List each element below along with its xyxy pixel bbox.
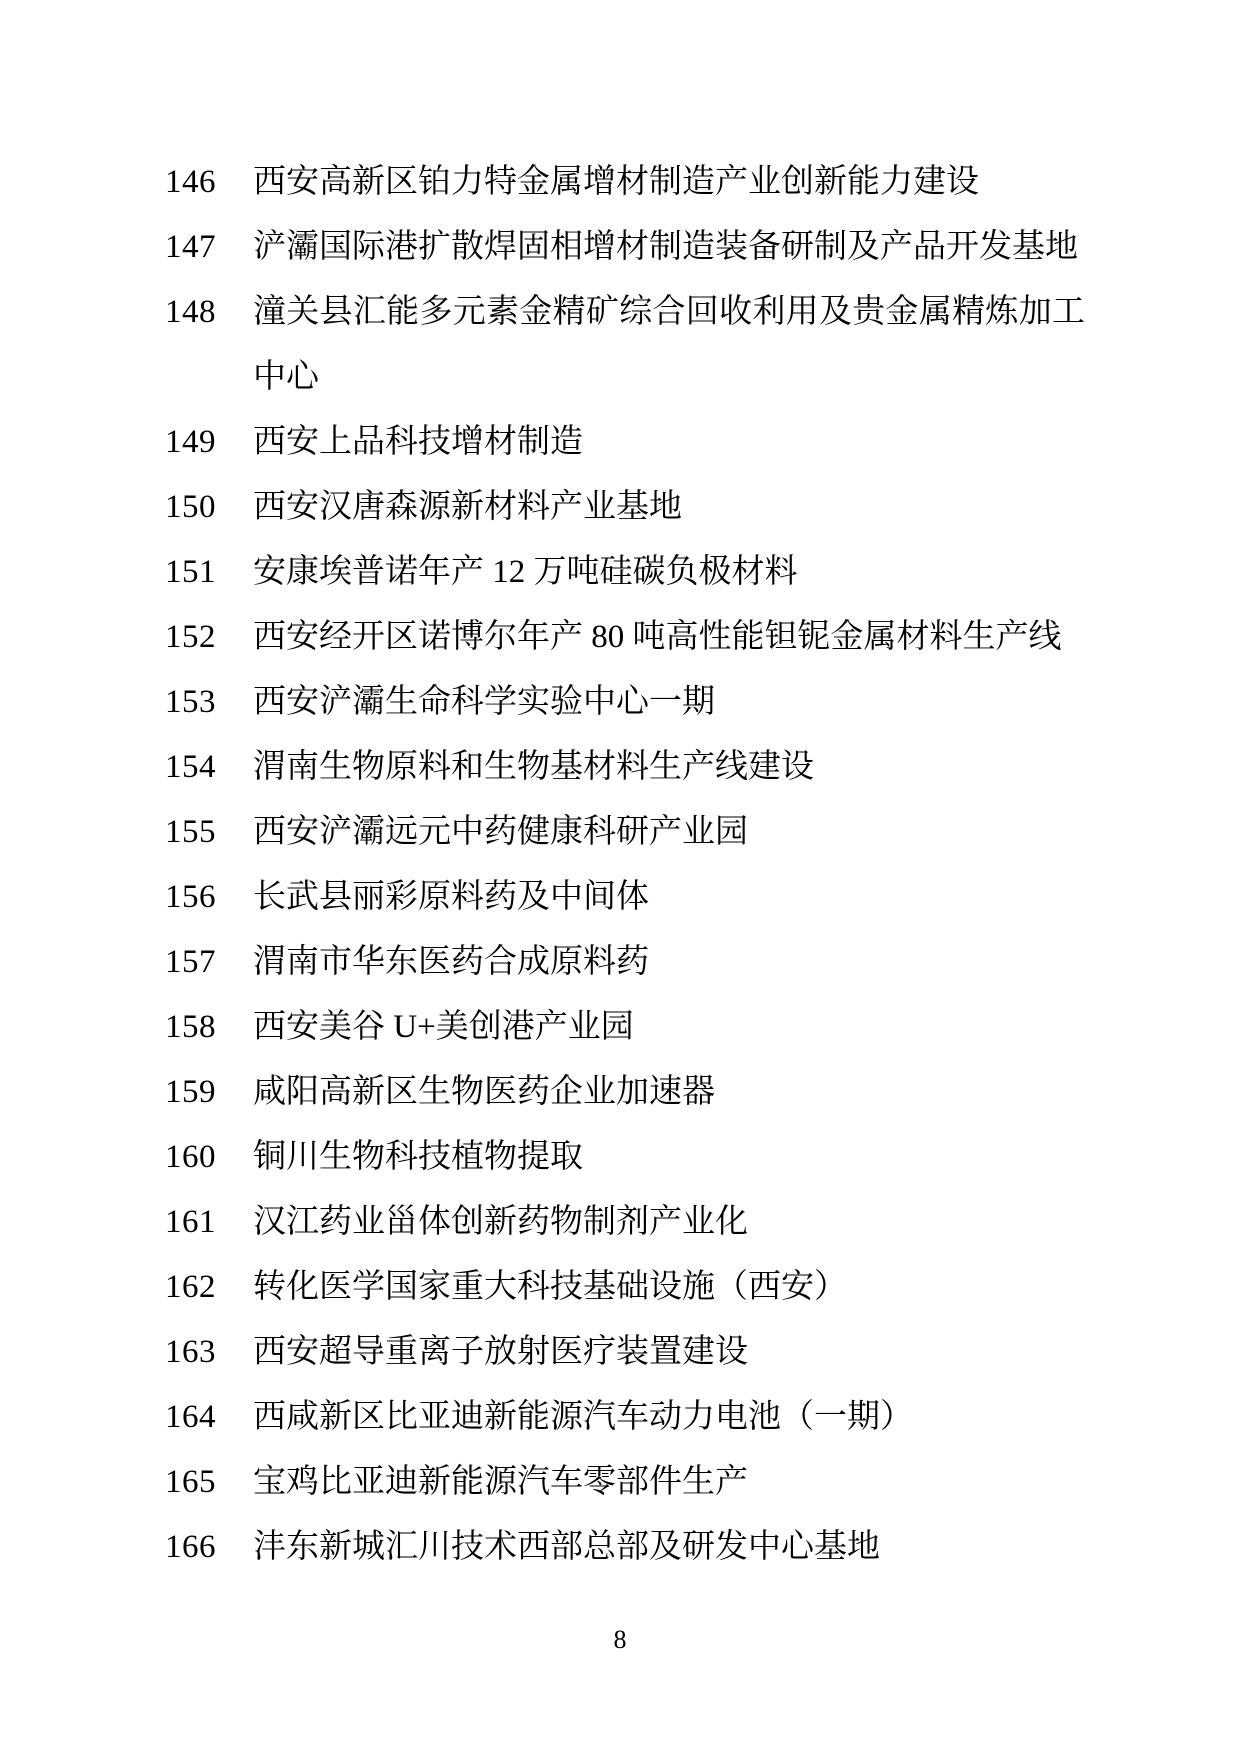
- item-number: 155: [165, 800, 253, 865]
- item-number: 148: [165, 280, 253, 345]
- list-item: 163 西安超导重离子放射医疗装置建设: [165, 1320, 1085, 1385]
- list-item: 158 西安美谷 U+美创港产业园: [165, 995, 1085, 1060]
- list-item: 154 渭南生物原料和生物基材料生产线建设: [165, 735, 1085, 800]
- item-number: 158: [165, 995, 253, 1060]
- item-text: 西安汉唐森源新材料产业基地: [253, 475, 1085, 540]
- item-number: 149: [165, 410, 253, 475]
- item-text: 西咸新区比亚迪新能源汽车动力电池（一期）: [253, 1385, 1085, 1450]
- item-text: 潼关县汇能多元素金精矿综合回收利用及贵金属精炼加工中心: [253, 280, 1085, 410]
- list-item: 151 安康埃普诺年产 12 万吨硅碳负极材料: [165, 540, 1085, 605]
- item-number: 165: [165, 1450, 253, 1515]
- item-number: 150: [165, 475, 253, 540]
- item-number: 147: [165, 215, 253, 280]
- list-item: 157 渭南市华东医药合成原料药: [165, 930, 1085, 995]
- item-number: 146: [165, 150, 253, 215]
- item-text: 西安美谷 U+美创港产业园: [253, 995, 1085, 1060]
- list-item: 150 西安汉唐森源新材料产业基地: [165, 475, 1085, 540]
- list-item: 165 宝鸡比亚迪新能源汽车零部件生产: [165, 1450, 1085, 1515]
- item-number: 152: [165, 605, 253, 670]
- item-text: 西安上品科技增材制造: [253, 410, 1085, 475]
- list-item: 162 转化医学国家重大科技基础设施（西安）: [165, 1255, 1085, 1320]
- item-number: 157: [165, 930, 253, 995]
- item-number: 163: [165, 1320, 253, 1385]
- list-item: 160 铜川生物科技植物提取: [165, 1125, 1085, 1190]
- item-number: 161: [165, 1190, 253, 1255]
- item-number: 166: [165, 1515, 253, 1580]
- item-text: 沣东新城汇川技术西部总部及研发中心基地: [253, 1515, 1085, 1580]
- item-number: 151: [165, 540, 253, 605]
- item-number: 153: [165, 670, 253, 735]
- item-text: 汉江药业甾体创新药物制剂产业化: [253, 1190, 1085, 1255]
- item-text: 渭南市华东医药合成原料药: [253, 930, 1085, 995]
- item-text: 铜川生物科技植物提取: [253, 1125, 1085, 1190]
- item-number: 154: [165, 735, 253, 800]
- list-item: 166 沣东新城汇川技术西部总部及研发中心基地: [165, 1515, 1085, 1580]
- item-text: 西安高新区铂力特金属增材制造产业创新能力建设: [253, 150, 1085, 215]
- item-text: 西安经开区诺博尔年产 80 吨高性能钽铌金属材料生产线: [253, 605, 1085, 670]
- item-number: 164: [165, 1385, 253, 1450]
- item-text: 西安超导重离子放射医疗装置建设: [253, 1320, 1085, 1385]
- item-text: 长武县丽彩原料药及中间体: [253, 865, 1085, 930]
- list-item: 147 浐灞国际港扩散焊固相增材制造装备研制及产品开发基地: [165, 215, 1085, 280]
- item-text: 浐灞国际港扩散焊固相增材制造装备研制及产品开发基地: [253, 215, 1085, 280]
- item-number: 160: [165, 1125, 253, 1190]
- item-number: 159: [165, 1060, 253, 1125]
- list-item: 153 西安浐灞生命科学实验中心一期: [165, 670, 1085, 735]
- item-text: 西安浐灞生命科学实验中心一期: [253, 670, 1085, 735]
- list-item: 156 长武县丽彩原料药及中间体: [165, 865, 1085, 930]
- list-item: 149 西安上品科技增材制造: [165, 410, 1085, 475]
- item-text: 宝鸡比亚迪新能源汽车零部件生产: [253, 1450, 1085, 1515]
- item-text: 转化医学国家重大科技基础设施（西安）: [253, 1255, 1085, 1320]
- page-number: 8: [0, 1622, 1240, 1658]
- list-item: 148 潼关县汇能多元素金精矿综合回收利用及贵金属精炼加工中心: [165, 280, 1085, 410]
- list-item: 161 汉江药业甾体创新药物制剂产业化: [165, 1190, 1085, 1255]
- item-text: 渭南生物原料和生物基材料生产线建设: [253, 735, 1085, 800]
- list-item: 159 咸阳高新区生物医药企业加速器: [165, 1060, 1085, 1125]
- project-list: 146 西安高新区铂力特金属增材制造产业创新能力建设 147 浐灞国际港扩散焊固…: [165, 150, 1085, 1580]
- list-item: 152 西安经开区诺博尔年产 80 吨高性能钽铌金属材料生产线: [165, 605, 1085, 670]
- item-number: 156: [165, 865, 253, 930]
- list-item: 146 西安高新区铂力特金属增材制造产业创新能力建设: [165, 150, 1085, 215]
- item-text: 西安浐灞远元中药健康科研产业园: [253, 800, 1085, 865]
- list-item: 164 西咸新区比亚迪新能源汽车动力电池（一期）: [165, 1385, 1085, 1450]
- item-number: 162: [165, 1255, 253, 1320]
- list-item: 155 西安浐灞远元中药健康科研产业园: [165, 800, 1085, 865]
- item-text: 咸阳高新区生物医药企业加速器: [253, 1060, 1085, 1125]
- item-text: 安康埃普诺年产 12 万吨硅碳负极材料: [253, 540, 1085, 605]
- document-page: 146 西安高新区铂力特金属增材制造产业创新能力建设 147 浐灞国际港扩散焊固…: [0, 0, 1240, 1753]
